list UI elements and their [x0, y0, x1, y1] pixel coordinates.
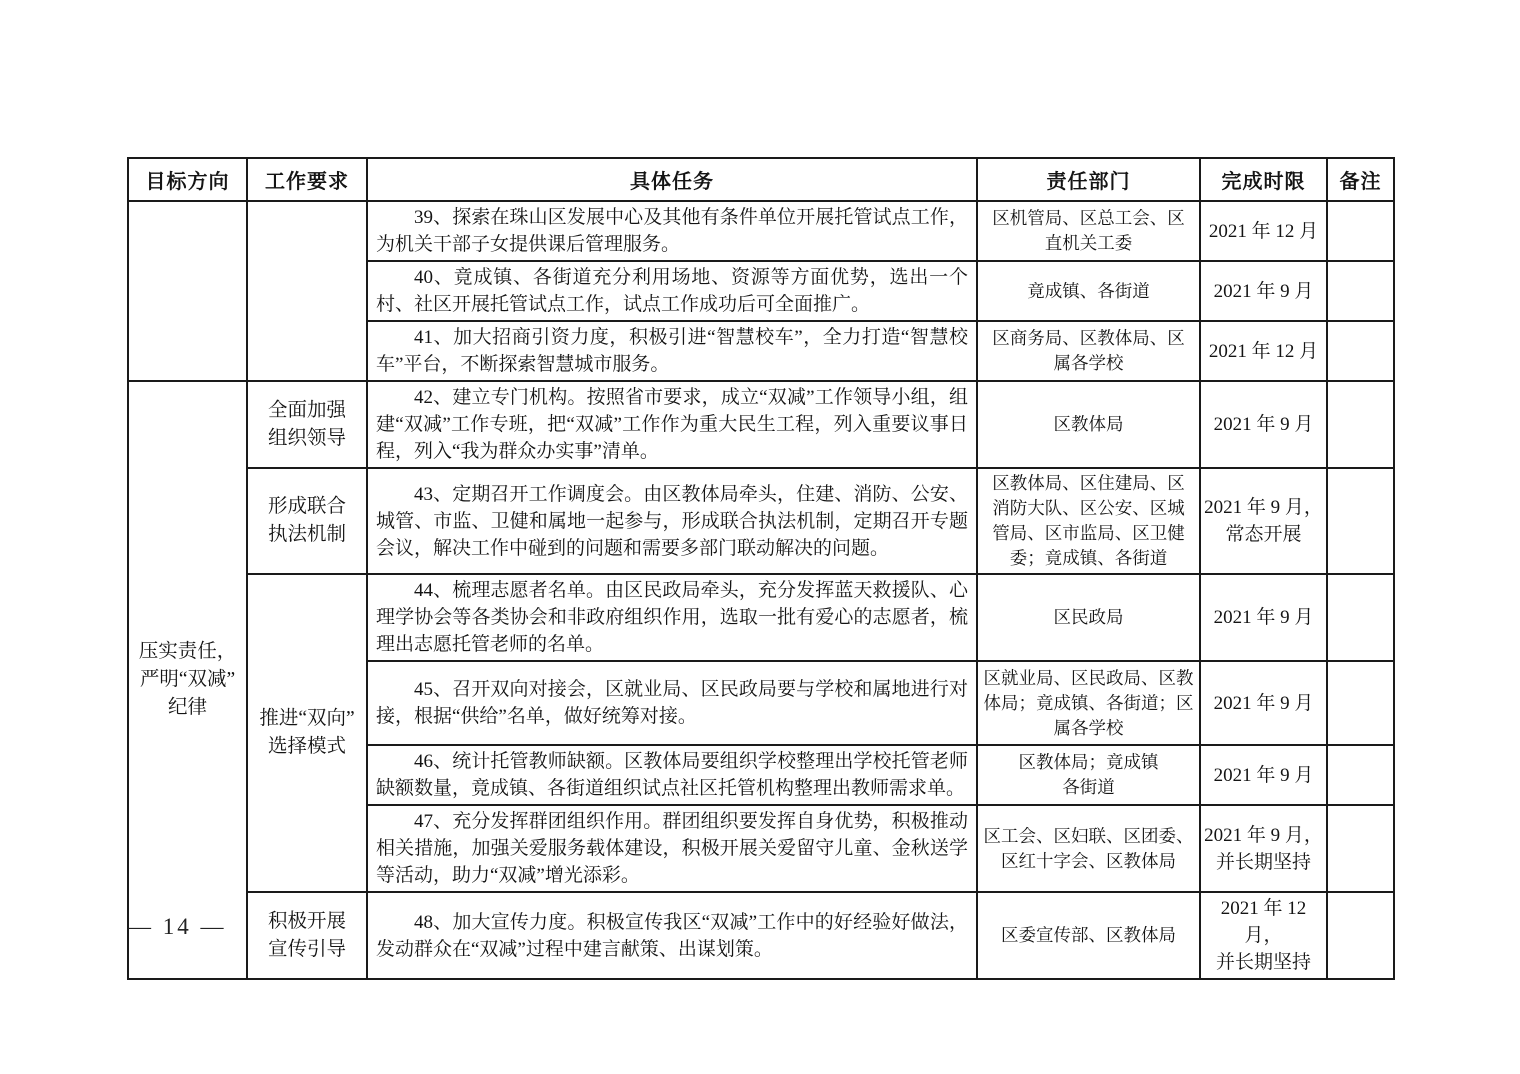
task-cell: 46、统计托管教师缺额。区教体局要组织学校整理出学校托管老师缺额数量，竟成镇、各… [367, 745, 977, 805]
note-cell [1327, 661, 1394, 745]
department-cell: 区委宣传部、区教体局 [977, 892, 1200, 979]
table-row: 形成联合 执法机制 43、定期召开工作调度会。由区教体局牵头，住建、消防、公安、… [128, 468, 1394, 574]
page-number: — 14 — [128, 914, 227, 940]
note-cell [1327, 381, 1394, 468]
task-text: 42、建立专门机构。按照省市要求，成立“双减”工作领导小组，组建“双减”工作专班… [376, 384, 968, 465]
department-cell: 竟成镇、各街道 [977, 261, 1200, 321]
requirement-cell: 全面加强 组织领导 [247, 381, 367, 468]
task-text: 45、召开双向对接会，区就业局、区民政局要与学校和属地进行对接，根据“供给”名单… [376, 676, 968, 730]
note-cell [1327, 201, 1394, 261]
task-cell: 43、定期召开工作调度会。由区教体局牵头，住建、消防、公安、城管、市监、卫健和属… [367, 468, 977, 574]
task-text: 41、加大招商引资力度，积极引进“智慧校车”，全力打造“智慧校车”平台，不断探索… [376, 324, 968, 378]
column-header-department: 责任部门 [977, 158, 1200, 201]
deadline-cell: 2021 年 9 月 [1200, 574, 1327, 661]
task-text: 40、竟成镇、各街道充分利用场地、资源等方面优势，选出一个村、社区开展托管试点工… [376, 264, 968, 318]
task-cell: 40、竟成镇、各街道充分利用场地、资源等方面优势，选出一个村、社区开展托管试点工… [367, 261, 977, 321]
column-header-requirement: 工作要求 [247, 158, 367, 201]
deadline-cell: 2021 年 9 月， 并长期坚持 [1200, 805, 1327, 892]
task-cell: 41、加大招商引资力度，积极引进“智慧校车”，全力打造“智慧校车”平台，不断探索… [367, 321, 977, 381]
task-cell: 39、探索在珠山区发展中心及其他有条件单位开展托管试点工作，为机关干部子女提供课… [367, 201, 977, 261]
requirement-cell-continued [247, 201, 367, 381]
deadline-cell: 2021 年 9 月 [1200, 661, 1327, 745]
deadline-cell: 2021 年 9 月 [1200, 261, 1327, 321]
department-cell: 区民政局 [977, 574, 1200, 661]
deadline-cell: 2021 年 9 月 [1200, 745, 1327, 805]
task-text: 48、加大宣传力度。积极宣传我区“双减”工作中的好经验好做法，发动群众在“双减”… [376, 909, 968, 963]
goal-cell-continued [128, 201, 247, 381]
department-cell: 区工会、区妇联、区团委、 区红十字会、区教体局 [977, 805, 1200, 892]
column-header-note: 备注 [1327, 158, 1394, 201]
deadline-cell: 2021 年 12 月， 并长期坚持 [1200, 892, 1327, 979]
deadline-cell: 2021 年 12 月 [1200, 201, 1327, 261]
task-cell: 48、加大宣传力度。积极宣传我区“双减”工作中的好经验好做法，发动群众在“双减”… [367, 892, 977, 979]
task-text: 46、统计托管教师缺额。区教体局要组织学校整理出学校托管老师缺额数量，竟成镇、各… [376, 748, 968, 802]
column-header-task: 具体任务 [367, 158, 977, 201]
task-cell: 42、建立专门机构。按照省市要求，成立“双减”工作领导小组，组建“双减”工作专班… [367, 381, 977, 468]
document-page: 目标方向 工作要求 具体任务 责任部门 完成时限 备注 39、探索在珠山区发展中… [127, 157, 1395, 980]
task-cell: 45、召开双向对接会，区就业局、区民政局要与学校和属地进行对接，根据“供给”名单… [367, 661, 977, 745]
note-cell [1327, 321, 1394, 381]
work-plan-table: 目标方向 工作要求 具体任务 责任部门 完成时限 备注 39、探索在珠山区发展中… [127, 157, 1395, 980]
deadline-cell: 2021 年 9 月， 常态开展 [1200, 468, 1327, 574]
department-cell: 区教体局 [977, 381, 1200, 468]
department-cell: 区商务局、区教体局、区 属各学校 [977, 321, 1200, 381]
note-cell [1327, 261, 1394, 321]
requirement-cell: 积极开展 宣传引导 [247, 892, 367, 979]
table-row: 压实责任， 严明“双减” 纪律 全面加强 组织领导 42、建立专门机构。按照省市… [128, 381, 1394, 468]
task-text: 44、梳理志愿者名单。由区民政局牵头，充分发挥蓝天救援队、心理学协会等各类协会和… [376, 577, 968, 658]
table-row: 推进“双向” 选择模式 44、梳理志愿者名单。由区民政局牵头，充分发挥蓝天救援队… [128, 574, 1394, 661]
note-cell [1327, 468, 1394, 574]
task-text: 47、充分发挥群团组织作用。群团组织要发挥自身优势，积极推动相关措施，加强关爱服… [376, 808, 968, 889]
department-cell: 区就业局、区民政局、区教 体局；竟成镇、各街道；区 属各学校 [977, 661, 1200, 745]
task-cell: 44、梳理志愿者名单。由区民政局牵头，充分发挥蓝天救援队、心理学协会等各类协会和… [367, 574, 977, 661]
requirement-cell: 形成联合 执法机制 [247, 468, 367, 574]
department-cell: 区机管局、区总工会、区 直机关工委 [977, 201, 1200, 261]
note-cell [1327, 745, 1394, 805]
column-header-deadline: 完成时限 [1200, 158, 1327, 201]
deadline-cell: 2021 年 9 月 [1200, 381, 1327, 468]
department-cell: 区教体局；竟成镇 各街道 [977, 745, 1200, 805]
goal-cell: 压实责任， 严明“双减” 纪律 [128, 381, 247, 979]
column-header-goal: 目标方向 [128, 158, 247, 201]
requirement-cell: 推进“双向” 选择模式 [247, 574, 367, 892]
task-text: 39、探索在珠山区发展中心及其他有条件单位开展托管试点工作，为机关干部子女提供课… [376, 204, 968, 258]
task-text: 43、定期召开工作调度会。由区教体局牵头，住建、消防、公安、城管、市监、卫健和属… [376, 481, 968, 562]
note-cell [1327, 805, 1394, 892]
deadline-cell: 2021 年 12 月 [1200, 321, 1327, 381]
table-row: 积极开展 宣传引导 48、加大宣传力度。积极宣传我区“双减”工作中的好经验好做法… [128, 892, 1394, 979]
department-cell: 区教体局、区住建局、区 消防大队、区公安、区城 管局、区市监局、区卫健 委；竟成… [977, 468, 1200, 574]
table-row: 39、探索在珠山区发展中心及其他有条件单位开展托管试点工作，为机关干部子女提供课… [128, 201, 1394, 261]
note-cell [1327, 892, 1394, 979]
note-cell [1327, 574, 1394, 661]
header-row: 目标方向 工作要求 具体任务 责任部门 完成时限 备注 [128, 158, 1394, 201]
task-cell: 47、充分发挥群团组织作用。群团组织要发挥自身优势，积极推动相关措施，加强关爱服… [367, 805, 977, 892]
